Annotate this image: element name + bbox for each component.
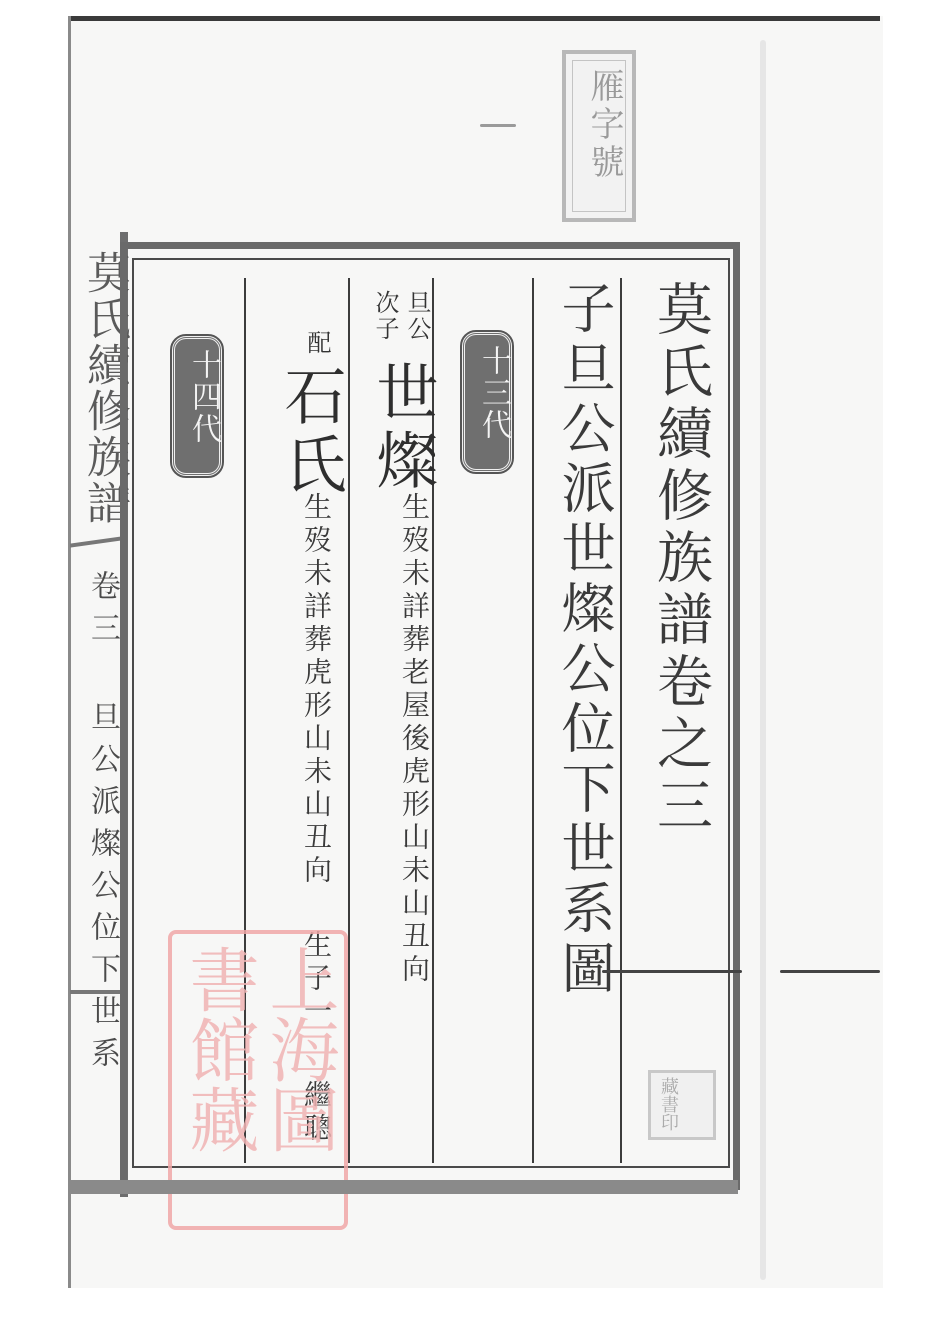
ink-mark [480, 124, 516, 127]
label-stamp-text: 雁字號 [580, 68, 629, 182]
collector-seal-grey: 藏書印 [648, 1070, 716, 1140]
spine-divider-bottom [70, 990, 122, 994]
spine-section: 卷三 旦公派燦公位下世系 [80, 570, 124, 1079]
generation-badge-14: 十四代 [172, 336, 222, 476]
spouse-detail: 生歿未詳葬虎形山未山丑向 [296, 492, 336, 888]
ink-mark [780, 970, 880, 973]
page-top-edge [68, 16, 880, 21]
person-detail-shican: 生歿未詳葬老屋後虎形山未山丑向 [394, 492, 434, 987]
label-stamp: 雁字號 [562, 50, 636, 222]
lineage-subtitle: 子旦公派世燦公位下世系圖 [546, 280, 623, 1000]
column-rule [532, 278, 534, 1163]
frame-bottom-band [70, 1180, 738, 1194]
person-name-shican: 世燦 [358, 360, 447, 496]
spouse-prefix: 配 [300, 330, 335, 356]
spouse-name: 石氏 [266, 364, 355, 500]
generation-badge-13: 十三代 [462, 332, 512, 472]
volume-title: 莫氏續修族譜卷之三 [640, 280, 720, 838]
relation-order: 次子 [368, 290, 403, 342]
page-left-edge [68, 16, 71, 1288]
ink-mark [602, 970, 742, 973]
relation-father: 旦公 [400, 290, 435, 342]
fold-crease [760, 40, 766, 1280]
